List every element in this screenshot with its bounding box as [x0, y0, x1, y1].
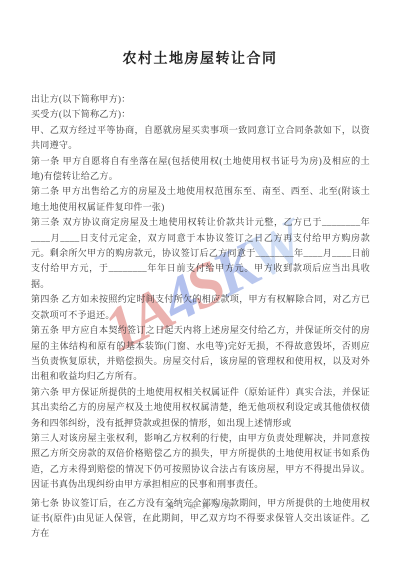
- clause-5-paragraph: 第五条 甲方应自本契约签订之日起天内将上述房屋交付给乙方，并保证所交付的房屋的主…: [31, 323, 370, 385]
- clause-3-paragraph: 第三条 双方协议商定房屋及土地使用权转让价款共计元整，乙方已于________年…: [31, 215, 370, 292]
- document-body: 出让方(以下简称甲方)： 买受方(以下简称乙方)： 甲、乙双方经过平等协商，自愿…: [31, 92, 370, 542]
- party-line-seller: 出让方(以下简称甲方)：: [31, 92, 370, 107]
- clause-6-continued-paragraph: 第三人对该房屋主张权利，影响乙方权利的行使，由甲方负责处理解决，并同意按照乙方所…: [31, 431, 370, 493]
- clause-1-paragraph: 第一条 甲方自愿将自有坐落在屋(包括使用权(土地使用权书证号为房)及相应的土地)…: [31, 154, 370, 185]
- document-page: 1A4SKW 农村土地房屋转让合同 出让方(以下简称甲方)： 买受方(以下简称乙…: [0, 0, 400, 565]
- preamble-paragraph: 甲、乙双方经过平等协商，自愿就房屋买卖事项一致同意订立合同条款如下，以资共同遵守…: [31, 123, 370, 154]
- clause-6-paragraph: 第六条 甲方保证所提供的土地使用权相关权属证件（原始证件）真实合法，并保证其出卖…: [31, 385, 370, 431]
- party-line-buyer: 买受方(以下简称乙方)：: [31, 107, 370, 122]
- document-content: 农村土地房屋转让合同 出让方(以下简称甲方)： 买受方(以下简称乙方)： 甲、乙…: [0, 48, 400, 542]
- document-title: 农村土地房屋转让合同: [0, 48, 400, 68]
- clause-4-paragraph: 第四条 乙方如未按照约定时间支付所欠的相应款项，甲方有权解除合同，对乙方已交款项…: [31, 292, 370, 323]
- page-number-footer: 第 1 页 共 2 页: [0, 501, 400, 511]
- clause-2-paragraph: 第二条 甲方出售给乙方的房屋及土地使用权范围东至、南至、西至、北至(附该土地土地…: [31, 184, 370, 215]
